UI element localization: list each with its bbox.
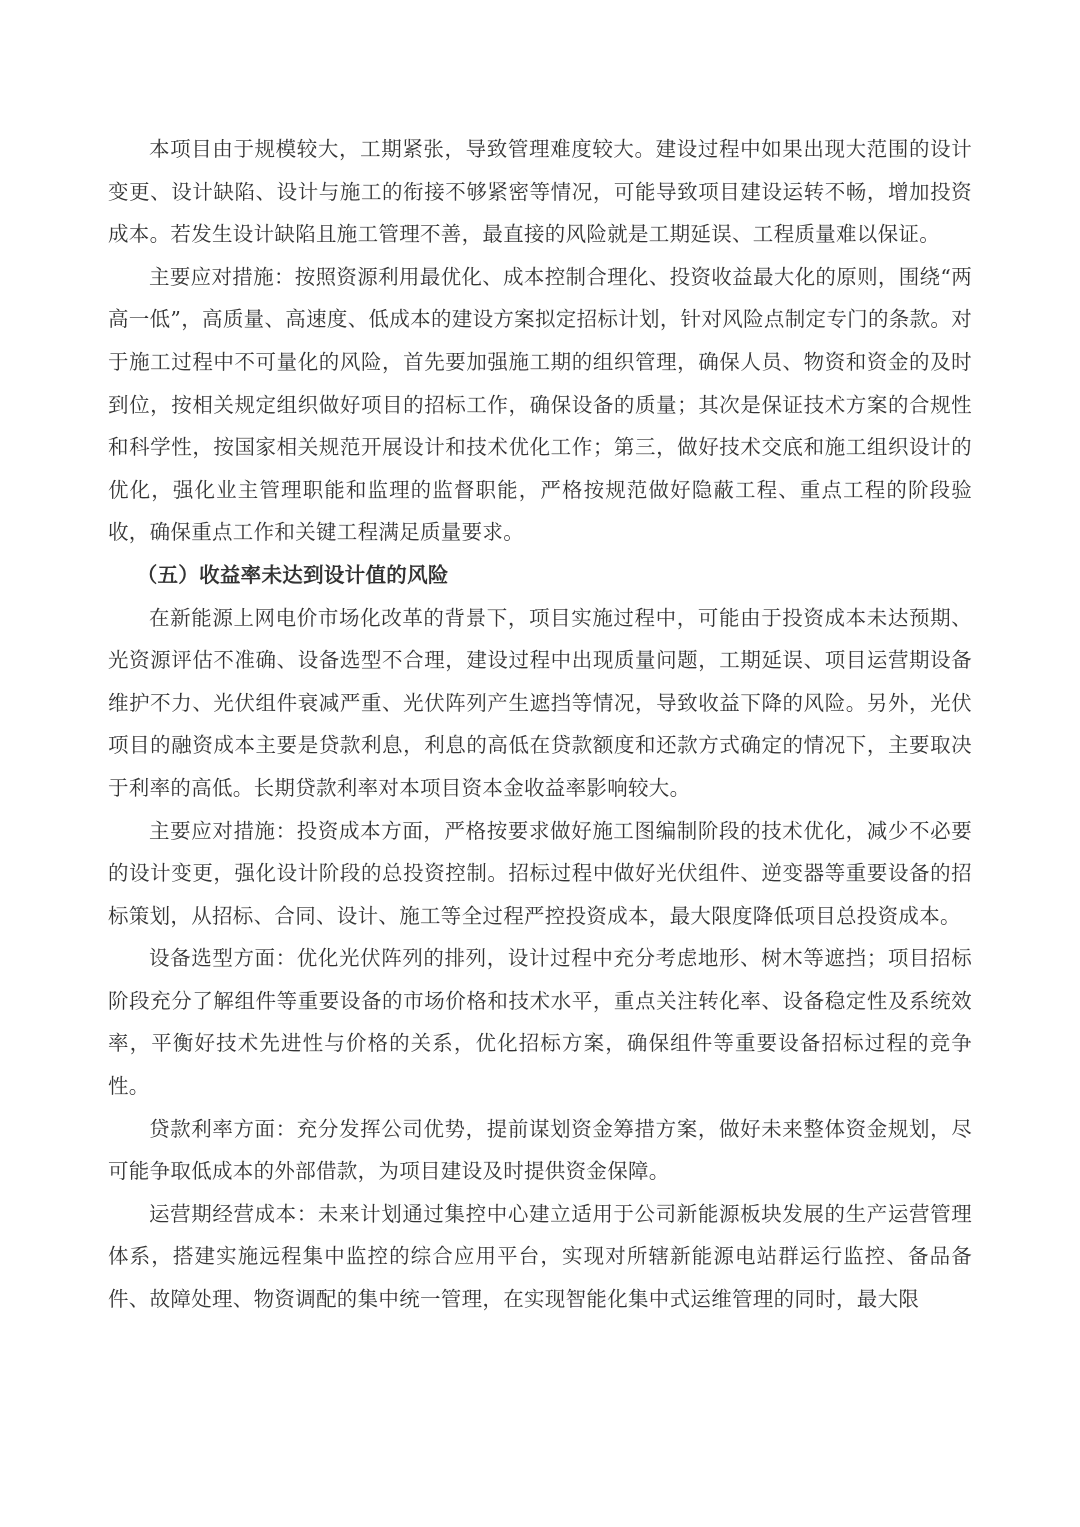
section-heading: （五）收益率未达到设计值的风险 <box>108 554 972 597</box>
document-page: 本项目由于规模较大，工期紧张，导致管理难度较大。建设过程中如果出现大范围的设计变… <box>108 128 972 1321</box>
paragraph-countermeasures: 主要应对措施：按照资源利用最优化、成本控制合理化、投资收益最大化的原则，围绕“两… <box>108 256 972 554</box>
paragraph-loan-rate: 贷款利率方面：充分发挥公司优势，提前谋划资金筹措方案，做好未来整体资金规划，尽可… <box>108 1108 972 1193</box>
paragraph-design-risk: 本项目由于规模较大，工期紧张，导致管理难度较大。建设过程中如果出现大范围的设计变… <box>108 128 972 256</box>
paragraph-equipment-selection: 设备选型方面：优化光伏阵列的排列，设计过程中充分考虑地形、树木等遮挡；项目招标阶… <box>108 937 972 1107</box>
paragraph-yield-risk: 在新能源上网电价市场化改革的背景下，项目实施过程中，可能由于投资成本未达预期、光… <box>108 597 972 810</box>
paragraph-investment-cost: 主要应对措施：投资成本方面，严格按要求做好施工图编制阶段的技术优化，减少不必要的… <box>108 810 972 938</box>
paragraph-operating-cost: 运营期经营成本：未来计划通过集控中心建立适用于公司新能源板块发展的生产运营管理体… <box>108 1193 972 1321</box>
